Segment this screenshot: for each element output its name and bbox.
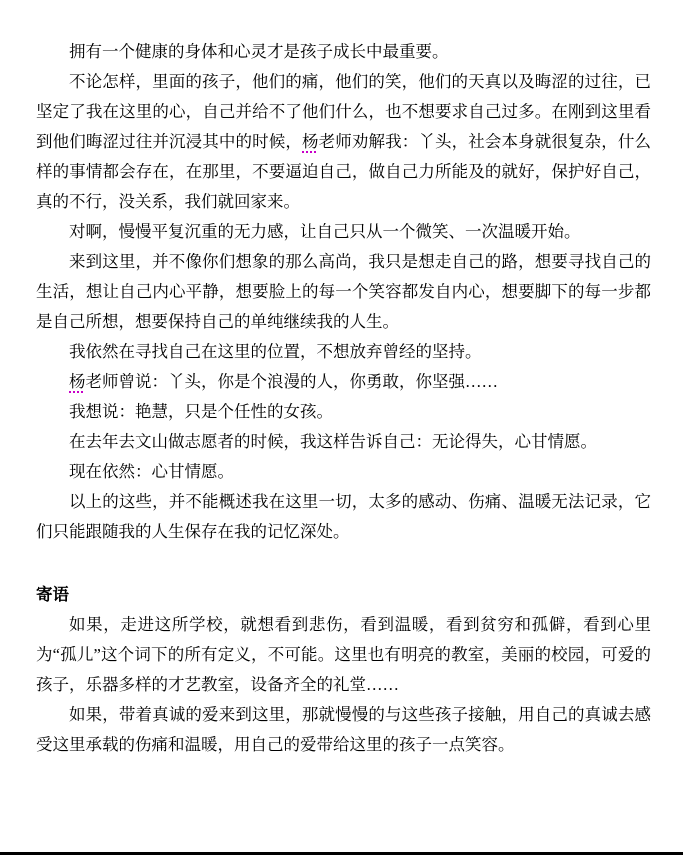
bottom-edge-bar [0,852,683,855]
paragraph: 不论怎样，里面的孩子，他们的痛，他们的笑，他们的天真以及晦涩的过往，已坚定了我在… [36,67,651,217]
text-run: 拥有一个健康的身体和心灵才是孩子成长中最重要。 [69,42,449,61]
text-run: 如果，带着真诚的爱来到这里，那就慢慢的与这些孩子接触，用自己的真诚去感受这里承载… [36,705,651,754]
text-run: 我想说：艳慧，只是个任性的女孩。 [69,402,333,421]
misspelled-word: 杨 [69,372,86,391]
section-heading: 寄语 [36,580,651,610]
paragraph: 对啊，慢慢平复沉重的无力感，让自己只从一个微笑、一次温暖开始。 [36,217,651,247]
paragraph: 拥有一个健康的身体和心灵才是孩子成长中最重要。 [36,37,651,67]
paragraph: 杨老师曾说：丫头，你是个浪漫的人，你勇敢，你坚强…… [36,367,651,397]
text-run: 我依然在寻找自己在这里的位置，不想放弃曾经的坚持。 [69,342,482,361]
misspelled-word: 杨 [302,132,319,151]
text-run: 以上的这些，并不能概述我在这里一切，太多的感动、伤痛、温暖无法记录，它们只能跟随… [36,492,651,541]
text-run: 老师曾说：丫头，你是个浪漫的人，你勇敢，你坚强…… [86,372,499,391]
paragraph: 现在依然：心甘情愿。 [36,457,651,487]
paragraph: 如果，带着真诚的爱来到这里，那就慢慢的与这些孩子接触，用自己的真诚去感受这里承载… [36,700,651,760]
paragraph: 以上的这些，并不能概述我在这里一切，太多的感动、伤痛、温暖无法记录，它们只能跟随… [36,487,651,547]
text-run: 在去年去文山做志愿者的时候，我这样告诉自己：无论得失，心甘情愿。 [69,432,597,451]
text-run: 对啊，慢慢平复沉重的无力感，让自己只从一个微笑、一次温暖开始。 [69,222,581,241]
paragraph: 来到这里，并不像你们想象的那么高尚，我只是想走自己的路，想要寻找自己的生活，想让… [36,247,651,337]
text-run: 寄语 [36,585,69,604]
paragraph: 如果，走进这所学校，就想看到悲伤，看到温暖，看到贫穷和孤僻，看到心里为“孤儿”这… [36,610,651,700]
text-run: 现在依然：心甘情愿。 [69,462,234,481]
paragraph: 在去年去文山做志愿者的时候，我这样告诉自己：无论得失，心甘情愿。 [36,427,651,457]
text-run: 如果，走进这所学校，就想看到悲伤，看到温暖，看到贫穷和孤僻，看到心里为“孤儿”这… [36,615,651,694]
document-page: 拥有一个健康的身体和心灵才是孩子成长中最重要。不论怎样，里面的孩子，他们的痛，他… [0,0,683,861]
text-run: 来到这里，并不像你们想象的那么高尚，我只是想走自己的路，想要寻找自己的生活，想让… [36,252,651,331]
paragraph: 我依然在寻找自己在这里的位置，不想放弃曾经的坚持。 [36,337,651,367]
paragraph: 我想说：艳慧，只是个任性的女孩。 [36,397,651,427]
document-body: 拥有一个健康的身体和心灵才是孩子成长中最重要。不论怎样，里面的孩子，他们的痛，他… [36,37,651,760]
